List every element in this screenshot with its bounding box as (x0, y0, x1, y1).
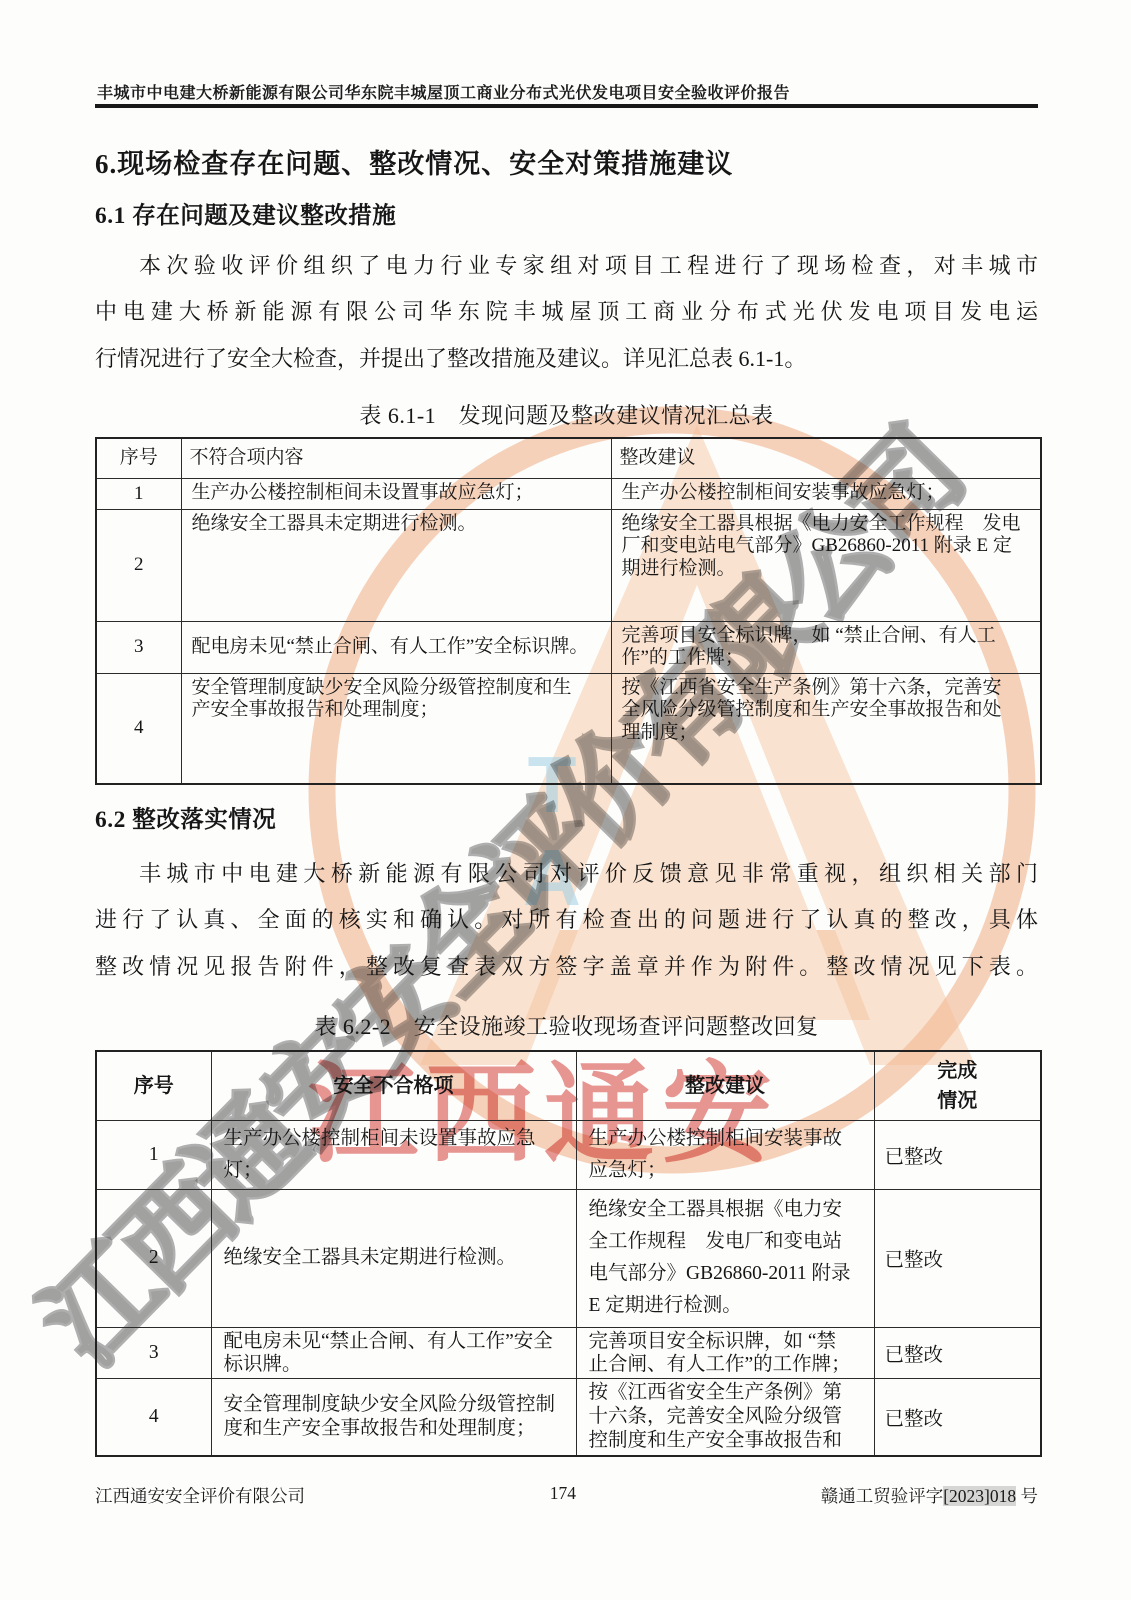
footer-page-number: 174 (550, 1483, 576, 1508)
col-header-issue: 安全不合格项 (211, 1051, 576, 1120)
table-row: 4 安全管理制度缺少安全风险分级管控制度和生 产安全事故报告和处理制度； 按《江… (96, 673, 1041, 784)
page-header-title: 丰城市中电建大桥新能源有限公司华东院丰城屋顶工商业分布式光伏发电项目安全验收评价… (97, 80, 1057, 103)
section-6-1-heading: 6.1 存在问题及建议整改措施 (95, 196, 1055, 230)
issues-summary-table: 序号 不符合项内容 整改建议 1 生产办公楼控制柜间未设置事故应急灯； 生产办公… (95, 437, 1042, 785)
row-advice: 生产办公楼控制柜间安装事故应急灯； (611, 478, 1041, 509)
table-row: 4 安全管理制度缺少安全风险分级管控制 度和生产安全事故报告和处理制度； 按《江… (96, 1378, 1041, 1456)
row-no: 4 (96, 1378, 211, 1456)
row-issue: 安全管理制度缺少安全风险分级管控制度和生 产安全事故报告和处理制度； (181, 673, 611, 784)
row-status: 已整改 (874, 1120, 1041, 1189)
table2-caption: 表 6.2-2 安全设施竣工验收现场查评问题整改回复 (95, 1010, 1038, 1041)
row-advice: 完善项目安全标识牌，如 “禁 止合闸、有人工作”的工作牌； (576, 1327, 874, 1378)
row-advice: 绝缘安全工器具根据《电力安全工作规程 发电 厂和变电站电气部分》GB26860-… (611, 509, 1041, 621)
row-status: 已整改 (874, 1189, 1041, 1327)
row-advice: 完善项目安全标识牌，如 “禁止合闸、有人工 作”的工作牌； (611, 621, 1041, 673)
row-issue: 配电房未见“禁止合闸、有人工作”安全 标识牌。 (211, 1327, 576, 1378)
row-advice: 绝缘安全工器具根据《电力安 全工作规程 发电厂和变电站 电气部分》GB26860… (576, 1189, 874, 1327)
table1-caption: 表 6.1-1 发现问题及整改建议情况汇总表 (95, 399, 1038, 430)
row-issue: 配电房未见“禁止合闸、有人工作”安全标识牌。 (181, 621, 611, 673)
row-advice: 按《江西省安全生产条例》第十六条，完善安 全风险分级管控制度和生产安全事故报告和… (611, 673, 1041, 784)
row-issue: 安全管理制度缺少安全风险分级管控制 度和生产安全事故报告和处理制度； (211, 1378, 576, 1456)
row-no: 2 (96, 1189, 211, 1327)
doc-no-prefix: 赣通工贸验评字 (821, 1486, 944, 1506)
col-header-advice: 整改建议 (576, 1051, 874, 1120)
page-footer: 江西通安安全评价有限公司 174 赣通工贸验评字[2023]018 号 (95, 1483, 1038, 1508)
chapter-heading: 6.现场检查存在问题、整改情况、安全对策措施建议 (95, 142, 1055, 181)
paragraph-line: 丰城市中电建大桥新能源有限公司对评价反馈意见非常重视，组织相关部门 (95, 851, 1038, 897)
row-advice: 生产办公楼控制柜间安装事故 应急灯； (576, 1120, 874, 1189)
paragraph-line: 中电建大桥新能源有限公司华东院丰城屋顶工商业分布式光伏发电项目发电运 (95, 289, 1038, 335)
row-issue: 绝缘安全工器具未定期进行检测。 (181, 509, 611, 621)
row-status: 已整改 (874, 1378, 1041, 1456)
row-status: 已整改 (874, 1327, 1041, 1378)
table-header-row: 序号 安全不合格项 整改建议 完成 情况 (96, 1051, 1041, 1120)
row-no: 2 (96, 509, 181, 621)
row-no: 4 (96, 673, 181, 784)
table-row: 2 绝缘安全工器具未定期进行检测。 绝缘安全工器具根据《电力安 全工作规程 发电… (96, 1189, 1041, 1327)
table-row: 3 配电房未见“禁止合闸、有人工作”安全标识牌。 完善项目安全标识牌，如 “禁止… (96, 621, 1041, 673)
footer-doc-number: 赣通工贸验评字[2023]018 号 (821, 1483, 1038, 1508)
col-header-advice: 整改建议 (611, 438, 1041, 478)
col-header-no: 序号 (96, 438, 181, 478)
row-no: 3 (96, 621, 181, 673)
row-issue: 生产办公楼控制柜间未设置事故应急灯； (211, 1120, 576, 1189)
col-header-status: 完成 情况 (874, 1051, 1041, 1120)
section-6-1-paragraph: 本次验收评价组织了电力行业专家组对项目工程进行了现场检查，对丰城市 中电建大桥新… (95, 243, 1038, 382)
section-6-2-paragraph: 丰城市中电建大桥新能源有限公司对评价反馈意见非常重视，组织相关部门 进行了认真、… (95, 851, 1038, 990)
paragraph-line: 进行了认真、全面的核实和确认。对所有检查出的问题进行了认真的整改，具体 (95, 897, 1038, 943)
report-page: T A 江西通安安全评价有限公司 江西通安 丰城市中电建大桥新能源有限公司华东院… (0, 0, 1131, 1600)
col-header-issue: 不符合项内容 (181, 438, 611, 478)
row-issue: 绝缘安全工器具未定期进行检测。 (211, 1189, 576, 1327)
row-no: 1 (96, 1120, 211, 1189)
table-row: 1 生产办公楼控制柜间未设置事故应急灯； 生产办公楼控制柜间安装事故 应急灯； … (96, 1120, 1041, 1189)
footer-company: 江西通安安全评价有限公司 (95, 1483, 305, 1508)
doc-no-highlight: [2023]018 (943, 1486, 1016, 1506)
row-no: 3 (96, 1327, 211, 1378)
table-row: 3 配电房未见“禁止合闸、有人工作”安全 标识牌。 完善项目安全标识牌，如 “禁… (96, 1327, 1041, 1378)
table-header-row: 序号 不符合项内容 整改建议 (96, 438, 1041, 478)
paragraph-line: 整改情况见报告附件，整改复查表双方签字盖章并作为附件。整改情况见下表。 (95, 944, 1038, 990)
table-row: 1 生产办公楼控制柜间未设置事故应急灯； 生产办公楼控制柜间安装事故应急灯； (96, 478, 1041, 509)
row-advice: 按《江西省安全生产条例》第 十六条，完善安全风险分级管 控制度和生产安全事故报告… (576, 1378, 874, 1456)
row-issue: 生产办公楼控制柜间未设置事故应急灯； (181, 478, 611, 509)
paragraph-line: 行情况进行了安全大检查，并提出了整改措施及建议。详见汇总表 6.1-1。 (95, 336, 1038, 382)
rectification-reply-table: 序号 安全不合格项 整改建议 完成 情况 1 生产办公楼控制柜间未设置事故应急灯… (95, 1050, 1042, 1457)
paragraph-line: 本次验收评价组织了电力行业专家组对项目工程进行了现场检查，对丰城市 (95, 243, 1038, 289)
doc-no-suffix: 号 (1016, 1486, 1038, 1506)
section-6-2-heading: 6.2 整改落实情况 (95, 800, 1055, 834)
col-header-no: 序号 (96, 1051, 211, 1120)
header-rule (95, 104, 1038, 108)
table-row: 2 绝缘安全工器具未定期进行检测。 绝缘安全工器具根据《电力安全工作规程 发电 … (96, 509, 1041, 621)
row-no: 1 (96, 478, 181, 509)
